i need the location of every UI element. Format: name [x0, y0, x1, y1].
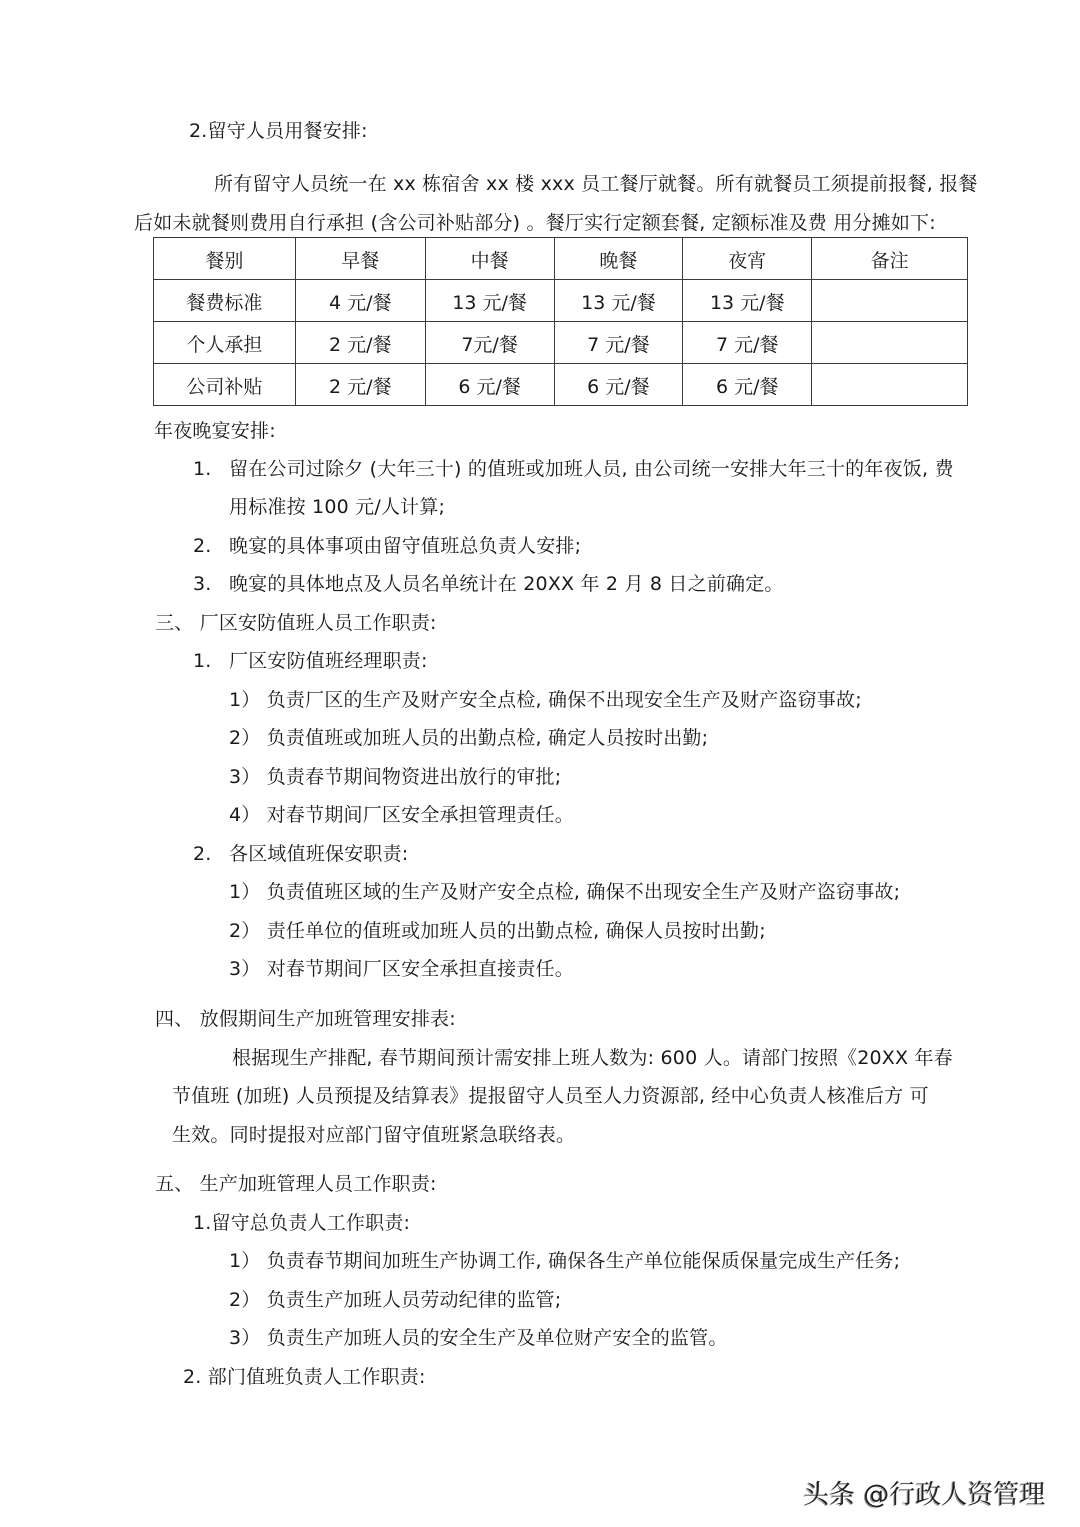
table-cell: 7元/餐 [425, 322, 554, 364]
watermark: 头条 @行政人资管理 [803, 1474, 1045, 1511]
dinner-item-3-number: 3. [193, 572, 212, 596]
section-5-sub-1-title: 1.留守总负责人工作职责: [193, 1211, 410, 1235]
dinner-item-2-number: 2. [193, 534, 212, 558]
table-header-cell: 备注 [812, 238, 968, 280]
table-cell [812, 364, 968, 406]
dinner-item-3-text: 晚宴的具体地点及人员名单统计在 20XX 年 2 月 8 日之前确定。 [229, 572, 784, 596]
table-cell: 2 元/餐 [295, 364, 425, 406]
section-4-paragraph-line-2: 节值班 (加班) 人员预提及结算表》提报留守人员至人力资源部, 经中心负责人核准… [172, 1084, 929, 1108]
section-3-heading: 三、 厂区安防值班人员工作职责: [155, 611, 437, 635]
table-cell: 2 元/餐 [295, 322, 425, 364]
list-item: 3） 负责生产加班人员的安全生产及单位财产安全的监管。 [229, 1326, 728, 1350]
table-header-cell: 晚餐 [554, 238, 683, 280]
meal-paragraph-line-2: 后如未就餐则费用自行承担 (含公司补贴部分) 。餐厅实行定额套餐, 定额标准及费… [134, 211, 936, 235]
section-3-sub-1-number: 1. [193, 649, 212, 673]
dinner-item-1-line-2: 用标准按 100 元/人计算; [229, 495, 445, 519]
list-item: 3） 对春节期间厂区安全承担直接责任。 [229, 957, 574, 981]
meal-paragraph-line-1: 所有留守人员统一在 xx 栋宿舍 xx 楼 xxx 员工餐厅就餐。所有就餐员工须… [214, 172, 978, 196]
meal-cost-table: 餐别 早餐 中餐 晚餐 夜宵 备注 餐费标准 4 元/餐 13 元/餐 13 元… [153, 237, 968, 406]
section-4-heading: 四、 放假期间生产加班管理安排表: [155, 1007, 456, 1031]
table-row: 公司补贴 2 元/餐 6 元/餐 6 元/餐 6 元/餐 [154, 364, 968, 406]
table-cell [812, 322, 968, 364]
list-item: 3） 负责春节期间物资进出放行的审批; [229, 765, 561, 789]
table-header-cell: 中餐 [425, 238, 554, 280]
list-item: 2） 负责生产加班人员劳动纪律的监管; [229, 1288, 561, 1312]
table-cell: 7 元/餐 [554, 322, 683, 364]
dinner-section-heading: 年夜晚宴安排: [154, 419, 276, 443]
table-cell: 餐费标准 [154, 280, 296, 322]
section-5-sub-2-title: 2. 部门值班负责人工作职责: [183, 1365, 426, 1389]
table-row: 餐费标准 4 元/餐 13 元/餐 13 元/餐 13 元/餐 [154, 280, 968, 322]
dinner-item-1-number: 1. [193, 457, 212, 481]
list-item: 1） 负责值班区域的生产及财产安全点检, 确保不出现安全生产及财产盗窃事故; [229, 880, 900, 904]
table-header-row: 餐别 早餐 中餐 晚餐 夜宵 备注 [154, 238, 968, 280]
table-cell: 6 元/餐 [425, 364, 554, 406]
section-3-sub-2-number: 2. [193, 842, 212, 866]
dinner-item-2-text: 晚宴的具体事项由留守值班总负责人安排; [229, 534, 581, 558]
list-item: 1） 负责厂区的生产及财产安全点检, 确保不出现安全生产及财产盗窃事故; [229, 688, 862, 712]
meal-section-heading: 2.留守人员用餐安排: [189, 119, 368, 143]
table-cell [812, 280, 968, 322]
table-header-cell: 夜宵 [683, 238, 812, 280]
table-cell: 13 元/餐 [425, 280, 554, 322]
section-4-paragraph-line-1: 根据现生产排配, 春节期间预计需安排上班人数为: 600 人。请部门按照《20X… [232, 1046, 953, 1070]
table-cell: 13 元/餐 [683, 280, 812, 322]
list-item: 1） 负责春节期间加班生产协调工作, 确保各生产单位能保质保量完成生产任务; [229, 1249, 900, 1273]
list-item: 2） 责任单位的值班或加班人员的出勤点检, 确保人员按时出勤; [229, 919, 766, 943]
table-cell: 个人承担 [154, 322, 296, 364]
table-cell: 6 元/餐 [683, 364, 812, 406]
table-row: 个人承担 2 元/餐 7元/餐 7 元/餐 7 元/餐 [154, 322, 968, 364]
table-cell: 7 元/餐 [683, 322, 812, 364]
list-item: 2） 负责值班或加班人员的出勤点检, 确定人员按时出勤; [229, 726, 708, 750]
table-header-cell: 餐别 [154, 238, 296, 280]
section-3-sub-2-title: 各区域值班保安职责: [229, 842, 408, 866]
table-cell: 13 元/餐 [554, 280, 683, 322]
table-cell: 6 元/餐 [554, 364, 683, 406]
table-cell: 4 元/餐 [295, 280, 425, 322]
section-3-sub-1-title: 厂区安防值班经理职责: [229, 649, 428, 673]
section-4-paragraph-line-3: 生效。同时提报对应部门留守值班紧急联络表。 [172, 1123, 575, 1147]
section-5-heading: 五、 生产加班管理人员工作职责: [155, 1172, 437, 1196]
table-cell: 公司补贴 [154, 364, 296, 406]
dinner-item-1-line-1: 留在公司过除夕 (大年三十) 的值班或加班人员, 由公司统一安排大年三十的年夜饭… [229, 457, 954, 481]
list-item: 4） 对春节期间厂区安全承担管理责任。 [229, 803, 574, 827]
table-header-cell: 早餐 [295, 238, 425, 280]
